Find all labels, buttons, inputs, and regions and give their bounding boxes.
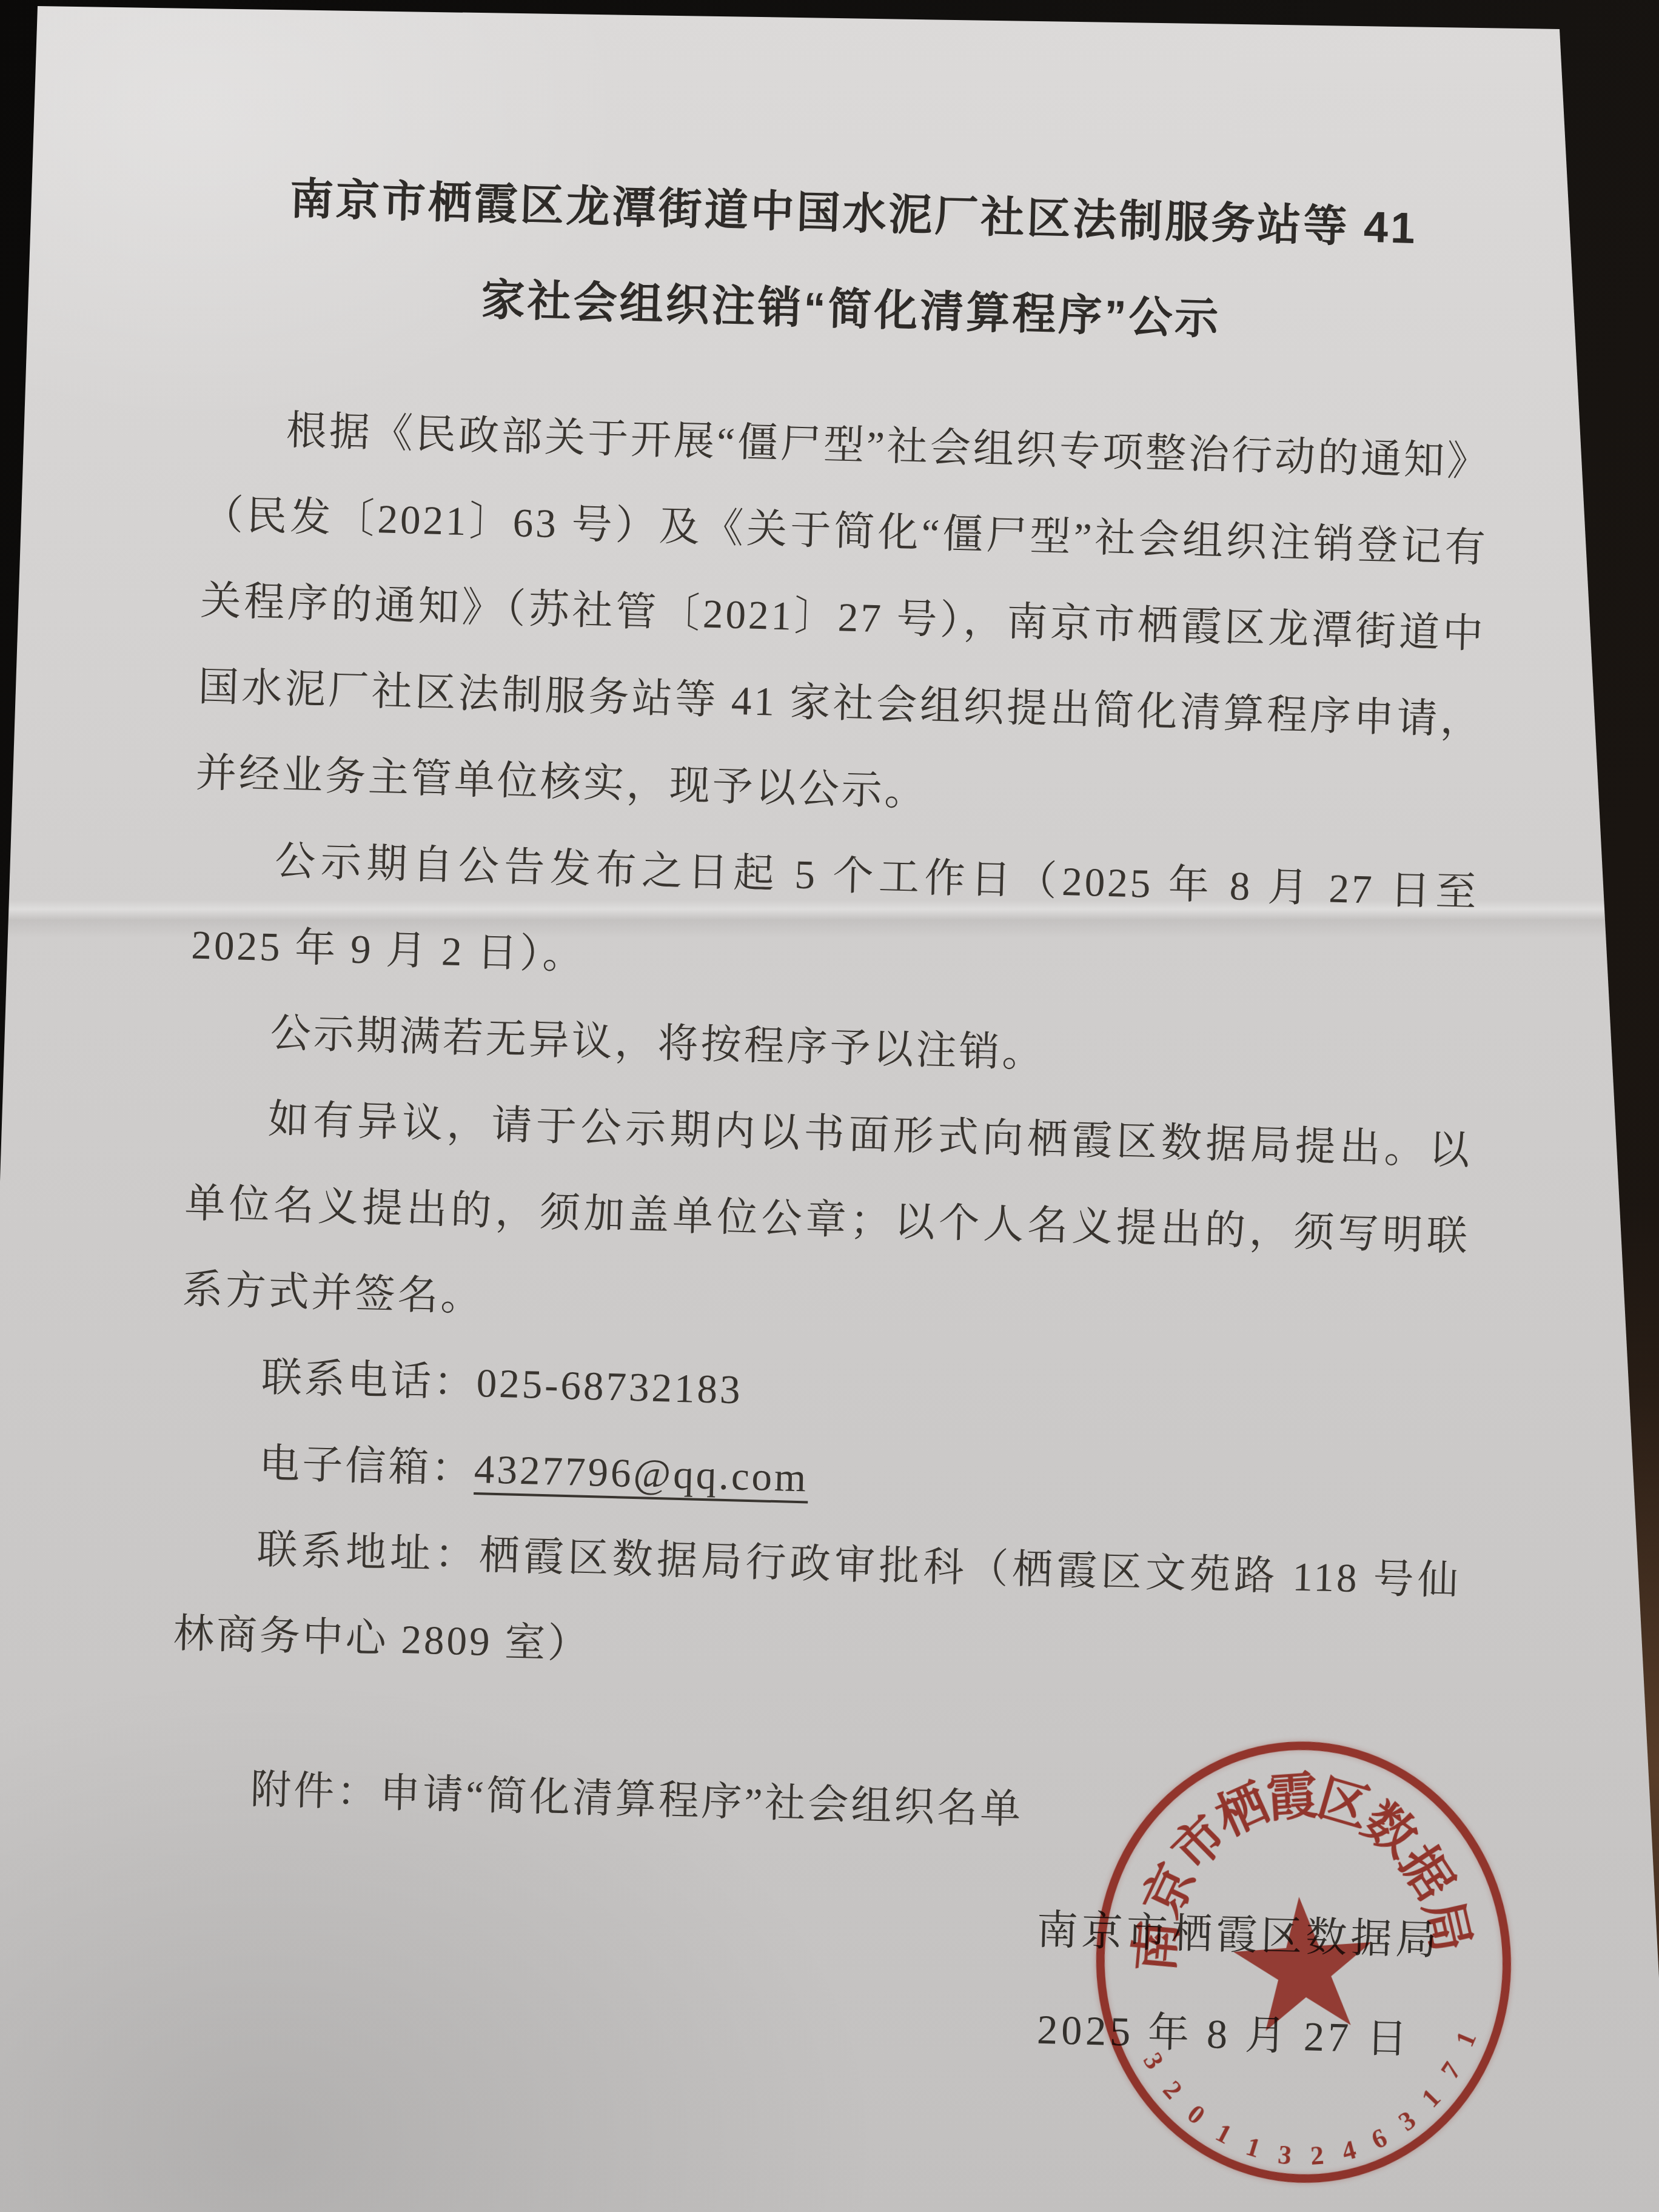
seal-code-char: 2 <box>1309 2140 1325 2171</box>
paragraph-publicity-period: 公示期自公告发布之日起 5 个工作日（2025 年 8 月 27 日至 2025… <box>190 816 1480 1022</box>
seal-org-char: 南 <box>1114 1917 1191 1974</box>
paragraph-legal-basis: 根据《民政部关于开展“僵尸型”社会组织专项整治行动的通知》（民发〔2021〕63… <box>195 386 1491 850</box>
contact-phone-label: 联系电话： <box>261 1355 477 1406</box>
contact-address-line: 联系地址：栖霞区数据局行政审批科（栖霞区文苑路 118 号仙林商务中心 2809… <box>172 1504 1462 1710</box>
contact-email-value: 4327796@qq.com <box>474 1447 809 1500</box>
contact-address-label: 联系地址： <box>256 1527 480 1578</box>
document-title: 南京市栖霞区龙潭街道中国水泥厂社区法制服务站等 41 家社会组织注销“简化清算程… <box>207 149 1498 374</box>
document-paper: 南京市栖霞区龙潭街道中国水泥厂社区法制服务站等 41 家社会组织注销“简化清算程… <box>0 0 1659 2212</box>
paragraph-objection-method: 如有异议，请于公示期内以书面形式向栖霞区数据局提出。以单位名义提出的，须加盖单位… <box>181 1074 1473 1366</box>
photo-background: 南京市栖霞区龙潭街道中国水泥厂社区法制服务站等 41 家社会组织注销“简化清算程… <box>0 0 1659 2212</box>
contact-phone-value: 025-68732183 <box>476 1361 743 1412</box>
seal-org-char: 霞 <box>1264 1754 1319 1831</box>
contact-email-label: 电子信箱： <box>258 1441 475 1492</box>
official-seal: 南京市栖霞区数据局3201132463171 <box>1076 1719 1531 2208</box>
